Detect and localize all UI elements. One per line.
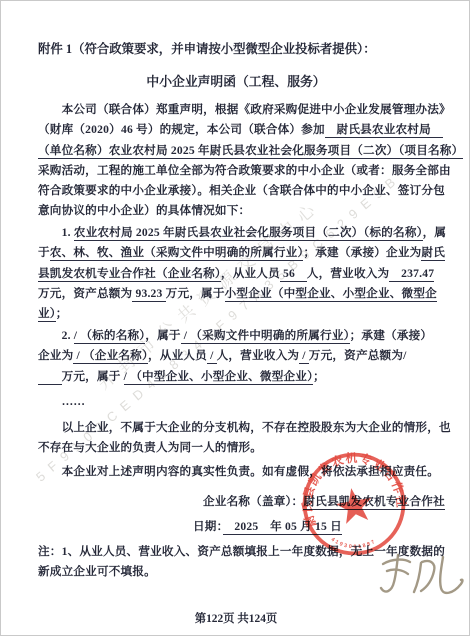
text-run: 人，营业收入为 [217,349,300,362]
filled-blank-value: / （标的名称） [74,329,145,344]
text-line: （单位名称）农业农村局 2025 年尉氏县农业社会化服务项目（二次）（项目名称） [38,141,438,161]
text-line: （财库（2020）46 号）的规定，本公司（联合体）参加 尉氏县农业农村局 [38,120,438,140]
text-run: ，从业人员 [148,349,207,362]
text-run: 企业名称（盖章）： [203,495,303,508]
document-title: 中小企业声明函（工程、服务） [1,71,470,90]
filled-blank-value: 尉氏 [421,246,445,261]
text-run: …… [38,395,85,408]
text-run: 以上企业，不属于大企业的分支机构，不存在控股股东为大企业的情形，也 [38,421,451,434]
text-run: ，属 [423,226,447,239]
filled-blank-value: 56 [280,267,307,282]
text-line: 意向协议的中小企业）的具体情况如下： [38,201,438,221]
filled-blank-value: （单位名称）农业农村局 2025 年尉氏县农业社会化服务项目（二次）（项目名称） [38,144,463,159]
text-line: 本企业对上述声明内容的真实性负责。如有虚假，将依法承担相应责任。 [38,462,438,482]
intro-paragraph: 本公司（联合体）郑重声明，根据《政府采购促进中小企业发展管理办法》（财库（202… [38,100,438,222]
text-run: ； [56,307,68,320]
attachment-heading: 附件 1（符合政策要求，并申请按小型微型企业投标者提供）： [38,39,438,57]
date-row: 日期： 2025 年 05 月 15 日 [193,517,453,537]
text-line: 日期： 2025 年 05 月 15 日 [193,517,453,537]
text-run: （财库（2020）46 号）的规定，本公司（联合体）参加 [38,123,325,136]
text-line: 于农、林、牧、渔业（采购文件中明确的所属行业）；承建（承接）企业为尉氏 [38,243,438,263]
page-number-footer: 第122页 共124页 [1,610,470,626]
text-line: 企业名称（盖章）：尉氏县凯发农机专业合作社 [203,492,463,512]
statement-paragraph: 以上企业，不属于大企业的分支机构，不存在控股股东为大企业的情形，也不存在与大企业… [38,418,438,459]
text-run: 人，营业收入为 [307,267,390,280]
filled-blank-value: 县凯发农机专业合作社（企业名称） [38,267,221,282]
text-run: ； [313,370,325,383]
text-run: 不存在与大企业的负责人为同一人的情形。 [38,441,262,454]
filled-blank-value: 237.47 [389,267,434,282]
filled-blank-value: / （采购文件中明确的所属行业） [181,329,350,344]
text-line: 注：1、从业人员、营业收入、资产总额填报上一年度数据，无上一年度数据的 [38,542,438,562]
filled-blank-value: 农业农村局 2025 年尉氏县农业社会化服务项目（二次）（标的名称） [74,226,423,241]
note-paragraph: 注：1、从业人员、营业收入、资产总额填报上一年度数据，无上一年度数据的新成立企业… [38,542,438,583]
text-run: ；承建（承接）企业为 [303,246,421,259]
text-run: 万元，资产总额为 [38,287,132,300]
text-run: 于 [38,246,50,259]
text-run: 日期： [193,520,223,533]
filled-blank-value [38,370,62,385]
filled-blank-value: 2025 年 05 月 15 日 [223,520,342,535]
filled-blank-value: / （中型企业、小型企业、微型企业） [124,370,313,385]
text-run: ；承建（承接） [350,329,433,342]
filled-blank-value: 业） [38,307,56,322]
filled-blank-value: / [299,349,309,364]
text-line: 新成立企业可不填报。 [38,562,438,582]
text-run: 本公司（联合体）郑重声明，根据《政府采购促进中小企业发展管理办法》 [38,103,451,116]
text-line: 企业为 / （企业名称），从业人员 / 人，营业收入为 / 万元，资产总额为/ [38,346,438,366]
text-run: 2. [38,329,74,342]
filled-blank-value: 农、林、牧、渔业（采购文件中明确的所属行业） [50,246,304,261]
filled-blank-value: 尉氏县农业农村局 [325,123,443,138]
filled-blank-value: / [207,349,217,364]
text-run: 1. [38,226,74,239]
text-run: 新成立企业可不填报。 [38,565,156,578]
item1-paragraph: 1. 农业农村局 2025 年尉氏县农业社会化服务项目（二次）（标的名称），属于… [38,223,438,324]
text-run: 本企业对上述声明内容的真实性负责。如有虚假，将依法承担相应责任。 [38,465,439,478]
filled-blank-value: / （企业名称） [73,349,148,364]
text-run: 意向协议的中小企业）的具体情况如下： [38,204,250,217]
text-run: 万元，属于 [166,287,225,300]
text-line: 不存在与大企业的负责人为同一人的情形。 [38,438,438,458]
text-line: 本公司（联合体）郑重声明，根据《政府采购促进中小企业发展管理办法》 [38,100,438,120]
text-run: 万元，属于 [62,370,124,383]
item2-paragraph: 2. / （标的名称），属于 / （采购文件中明确的所属行业）；承建（承接）企业… [38,326,438,387]
filled-blank-value: 小型企业（中型企业、小型企业、微型企 [225,287,437,302]
ellipsis-line: …… [38,392,438,412]
document-page: 开封市公共资源交易中心 5F9102CED498345F97A35B9C629E… [0,0,470,636]
text-line: 1. 农业农村局 2025 年尉氏县农业社会化服务项目（二次）（标的名称），属 [38,223,438,243]
filled-blank-value: 尉氏县凯发农机专业合作社 [303,495,445,510]
text-line: 业）； [38,304,438,324]
text-run: 企业为 [38,349,73,362]
text-line: …… [38,392,438,412]
text-line: 符合政策要求的中小企业承接）。相关企业（含联合体中的中小企业、签订分包 [38,181,438,201]
text-run: 万元，资产总额为/ [309,349,407,362]
filled-blank-value: 93.23 [132,287,165,302]
text-run: 采购活动，工程的施工单位全部为符合政策要求的中小企业（或者：服务全部由 [38,164,451,177]
responsibility-paragraph: 本企业对上述声明内容的真实性负责。如有虚假，将依法承担相应责任。 [38,462,438,482]
text-line: 万元，资产总额为 93.23 万元，属于小型企业（中型企业、小型企业、微型企 [38,284,438,304]
text-line: 采购活动，工程的施工单位全部为符合政策要求的中小企业（或者：服务全部由 [38,161,438,181]
text-line: 县凯发农机专业合作社（企业名称），从业人员 56 人，营业收入为 237.47 [38,264,438,284]
text-run: ，属于 [145,329,180,342]
text-line: 万元，属于 / （中型企业、小型企业、微型企业）； [38,367,438,387]
text-run: 注：1、从业人员、营业收入、资产总额填报上一年度数据，无上一年度数据的 [38,545,445,558]
text-run: 符合政策要求的中小企业承接）。相关企业（含联合体中的中小企业、签订分包 [38,184,445,197]
text-run: ，从业人员 [221,267,280,280]
text-line: 2. / （标的名称），属于 / （采购文件中明确的所属行业）；承建（承接） [38,326,438,346]
company-name-row: 企业名称（盖章）：尉氏县凯发农机专业合作社 [203,492,463,512]
text-line: 以上企业，不属于大企业的分支机构，不存在控股股东为大企业的情形，也 [38,418,438,438]
